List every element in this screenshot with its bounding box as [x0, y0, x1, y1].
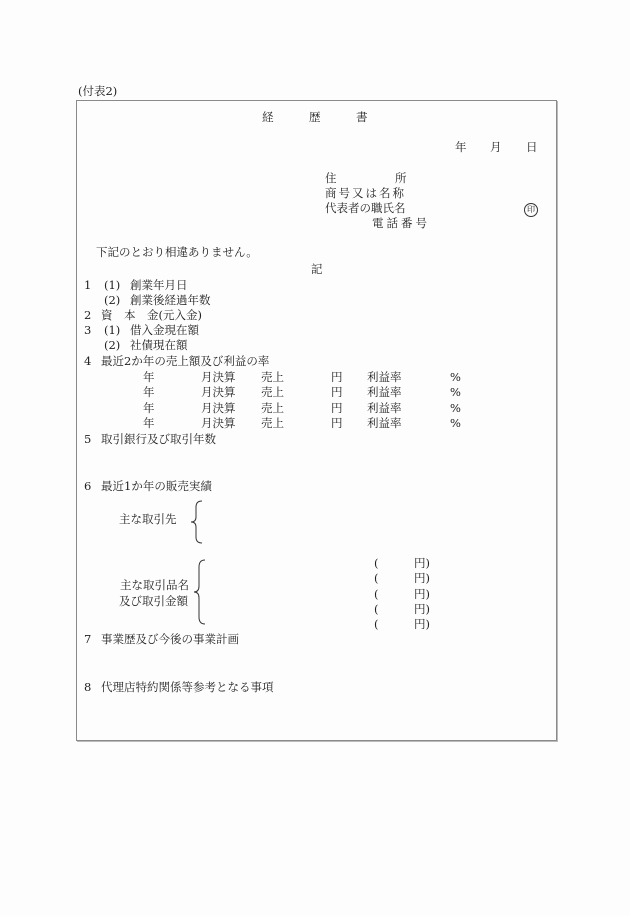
sales-year[interactable]: 年	[143, 401, 155, 415]
item-4-label: 最近2か年の売上額及び利益の率	[101, 354, 269, 368]
sales-yen[interactable]: 円	[331, 416, 343, 430]
item-8-label: 代理店特約関係等参考となる事項	[101, 680, 274, 694]
amount-open: (	[374, 556, 379, 570]
date-year[interactable]: 年	[455, 140, 467, 154]
title-char-2: 歴	[309, 110, 321, 124]
sales-settle[interactable]: 月決算	[201, 416, 236, 430]
item-8-number: 8	[84, 680, 91, 694]
item-3-2-label: 社債現在額	[130, 338, 188, 352]
amount-close[interactable]: 円)	[414, 571, 430, 585]
sales-label: 売上	[261, 416, 284, 430]
date-day[interactable]: 日	[526, 140, 538, 154]
profit-label: 利益率	[367, 401, 402, 415]
item-5-number: 5	[84, 432, 91, 446]
item-6-label: 最近1か年の販売実績	[101, 479, 212, 493]
amount-close[interactable]: 円)	[414, 587, 430, 601]
address-label-1: 住	[325, 171, 337, 185]
amount-close[interactable]: 円)	[414, 617, 430, 631]
sales-yen[interactable]: 円	[331, 401, 343, 415]
sales-year[interactable]: 年	[143, 416, 155, 430]
sales-settle[interactable]: 月決算	[201, 370, 236, 384]
profit-label: 利益率	[367, 385, 402, 399]
sales-yen[interactable]: 円	[331, 385, 343, 399]
item-1-1-sub: (1)	[104, 278, 120, 292]
sales-yen[interactable]: 円	[331, 370, 343, 384]
declaration-text: 下記のとおり相違ありません。	[96, 245, 258, 259]
item-1-2-label: 創業後経過年数	[130, 293, 211, 307]
amount-close[interactable]: 円)	[414, 556, 430, 570]
trade-name-label: 商号又は名称	[325, 186, 406, 200]
ki-heading: 記	[311, 262, 323, 276]
profit-pct[interactable]: %	[450, 370, 461, 384]
profit-pct[interactable]: %	[450, 385, 461, 399]
profit-label: 利益率	[367, 370, 402, 384]
sales-settle[interactable]: 月決算	[201, 385, 236, 399]
sales-label: 売上	[261, 370, 284, 384]
item-7-number: 7	[84, 632, 91, 646]
amount-open: (	[374, 587, 379, 601]
date-month[interactable]: 月	[490, 140, 502, 154]
profit-pct[interactable]: %	[450, 401, 461, 415]
item-2-number: 2	[84, 308, 91, 322]
item-3-2-sub: (2)	[104, 338, 120, 352]
item-3-1-label: 借入金現在額	[130, 323, 199, 337]
item-7-label: 事業歴及び今後の事業計画	[101, 632, 239, 646]
item-6-number: 6	[84, 479, 91, 493]
item-1-1-label: 創業年月日	[130, 278, 188, 292]
appendix-label: (付表2)	[78, 84, 117, 98]
seal-icon: 印	[524, 203, 538, 217]
sales-year[interactable]: 年	[143, 385, 155, 399]
brace-icon	[190, 500, 204, 544]
amount-open: (	[374, 571, 379, 585]
item-5-label: 取引銀行及び取引年数	[101, 432, 216, 446]
title-char-3: 書	[356, 110, 368, 124]
profit-pct[interactable]: %	[450, 416, 461, 430]
item-3-number: 3	[84, 323, 91, 337]
item-3-1-sub: (1)	[104, 323, 120, 337]
sales-label: 売上	[261, 385, 284, 399]
sales-year[interactable]: 年	[143, 370, 155, 384]
brace-icon	[193, 559, 207, 625]
main-products-label-2: 及び取引金額	[119, 594, 188, 608]
profit-label: 利益率	[367, 416, 402, 430]
representative-label: 代表者の職氏名	[325, 201, 406, 215]
amount-open: (	[374, 617, 379, 631]
item-2-label: 資 本 金(元入金)	[101, 308, 202, 322]
sales-label: 売上	[261, 401, 284, 415]
address-label-2: 所	[395, 171, 407, 185]
item-1-2-sub: (2)	[104, 293, 120, 307]
main-clients-label: 主な取引先	[119, 512, 177, 526]
amount-close[interactable]: 円)	[414, 602, 430, 616]
main-products-label-1: 主な取引品名	[120, 578, 189, 592]
item-1-number: 1	[84, 278, 91, 292]
item-4-number: 4	[84, 354, 91, 368]
phone-label: 電話番号	[372, 216, 430, 230]
sales-settle[interactable]: 月決算	[201, 401, 236, 415]
title-char-1: 経	[262, 110, 274, 124]
amount-open: (	[374, 602, 379, 616]
